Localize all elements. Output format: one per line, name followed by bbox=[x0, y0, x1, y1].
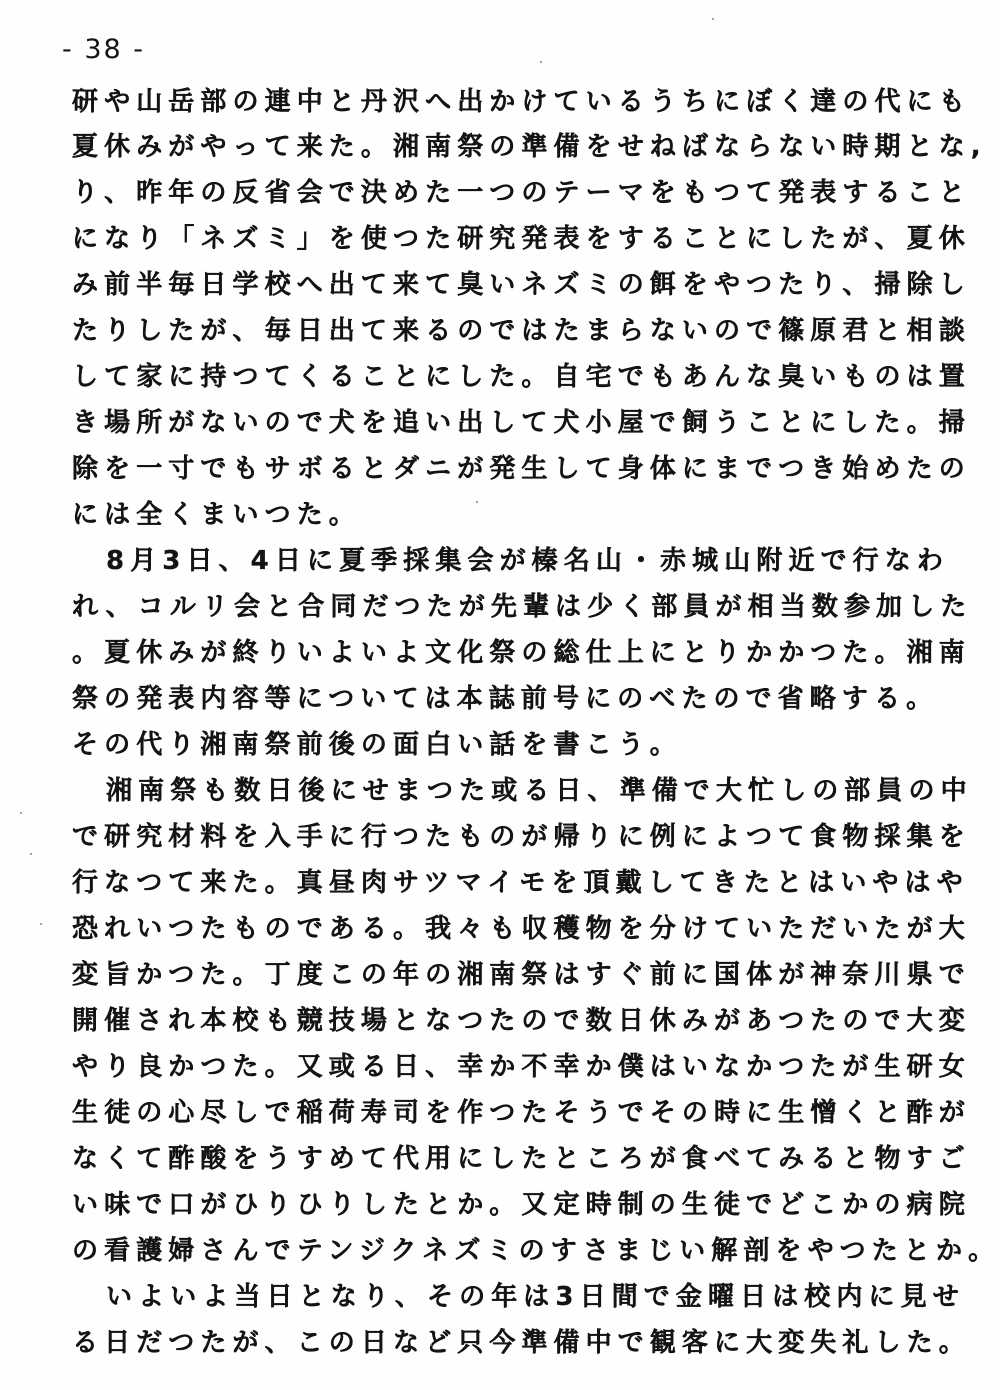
scan-speck bbox=[476, 501, 478, 503]
text-line-15: その代り湘南祭前後の面白い話を書こう。 bbox=[72, 723, 682, 767]
text-line-6: たりしたが、毎日出て来るのではたまらないので篠原君と相談 bbox=[72, 309, 971, 353]
text-line-9: 除を一寸でもサボるとダニが発生して身体にまでつき始めたの bbox=[72, 447, 971, 491]
scan-speck bbox=[430, 1344, 432, 1346]
text-line-4: になり「ネズミ」を使つた研究発表をすることにしたが、夏休 bbox=[72, 217, 971, 261]
text-line-16: 湘南祭も数日後にせまつた或る日、準備で大忙しの部員の中 bbox=[106, 769, 973, 813]
scan-speck bbox=[712, 18, 714, 20]
text-line-25: い味で口がひりひりしたとか。又定時制の生徒でどこかの病院 bbox=[72, 1183, 971, 1227]
scan-speck bbox=[30, 853, 32, 855]
text-line-7: して家に持つてくることにした。自宅でもあんな臭いものは置 bbox=[72, 355, 971, 399]
text-line-3: り、昨年の反省会で決めた一つのテーマをもつて発表すること bbox=[72, 171, 971, 215]
scan-speck bbox=[20, 812, 22, 814]
text-line-17: で研究材料を入手に行つたものが帰りに例によつて食物採集を bbox=[72, 815, 971, 859]
text-line-13: 。夏休みが終りいよいよ文化祭の総仕上にとりかかつた。湘南 bbox=[72, 631, 971, 675]
text-line-19: 恐れいつたものである。我々も収穫物を分けていただいたが大 bbox=[72, 907, 971, 951]
scan-speck bbox=[540, 61, 542, 63]
scanned-document-page: - 38 - 研や山岳部の連中と丹沢へ出かけているうちにぼく達の代にも 夏休みが… bbox=[0, 0, 1000, 1390]
text-line-27: いよいよ当日となり、その年は3日間で金曜日は校内に見せ bbox=[106, 1275, 965, 1319]
text-line-21: 開催され本校も競技場となつたので数日休みがあつたので大変 bbox=[72, 999, 971, 1043]
text-line-26: の看護婦さんでテンジクネズミのすさまじい解剖をやつたとか。 bbox=[72, 1229, 1000, 1273]
text-line-28: る日だつたが、この日など只今準備中で観客に大変失礼した。 bbox=[72, 1321, 971, 1365]
page-number: - 38 - bbox=[62, 34, 145, 65]
text-line-23: 生徒の心尽しで稲荷寿司を作つたそうでその時に生憎くと酢が bbox=[72, 1091, 971, 1135]
text-line-10: には全くまいつた。 bbox=[72, 493, 361, 537]
text-line-12: れ、コルリ会と合同だつたが先輩は少く部員が相当数参加した bbox=[72, 585, 972, 629]
text-line-2: 夏休みがやって来た。湘南祭の準備をせねばならない時期とな, bbox=[72, 125, 987, 169]
text-line-18: 行なつて来た。真昼肉サツマイモを頂戴してきたとはいやはや bbox=[72, 861, 969, 905]
text-line-22: やり良かつた。又或る日、幸か不幸か僕はいなかつたが生研女 bbox=[72, 1045, 971, 1089]
text-line-20: 変旨かつた。丁度この年の湘南祭はすぐ前に国体が神奈川県で bbox=[72, 953, 971, 997]
text-line-11: 8月3日、4日に夏季採集会が榛名山・赤城山附近で行なわ bbox=[106, 539, 949, 583]
text-line-1: 研や山岳部の連中と丹沢へ出かけているうちにぼく達の代にも bbox=[72, 80, 971, 124]
text-line-5: み前半毎日学校へ出て来て臭いネズミの餌をやつたり、掃除し bbox=[72, 263, 971, 307]
text-line-14: 祭の発表内容等については本誌前号にのべたので省略する。 bbox=[72, 677, 938, 721]
text-line-8: き場所がないので犬を追い出して犬小屋で飼うことにした。掃 bbox=[72, 401, 971, 445]
scan-speck bbox=[40, 923, 42, 925]
text-line-24: なくて酢酸をうすめて代用にしたところが食べてみると物すご bbox=[72, 1137, 971, 1181]
